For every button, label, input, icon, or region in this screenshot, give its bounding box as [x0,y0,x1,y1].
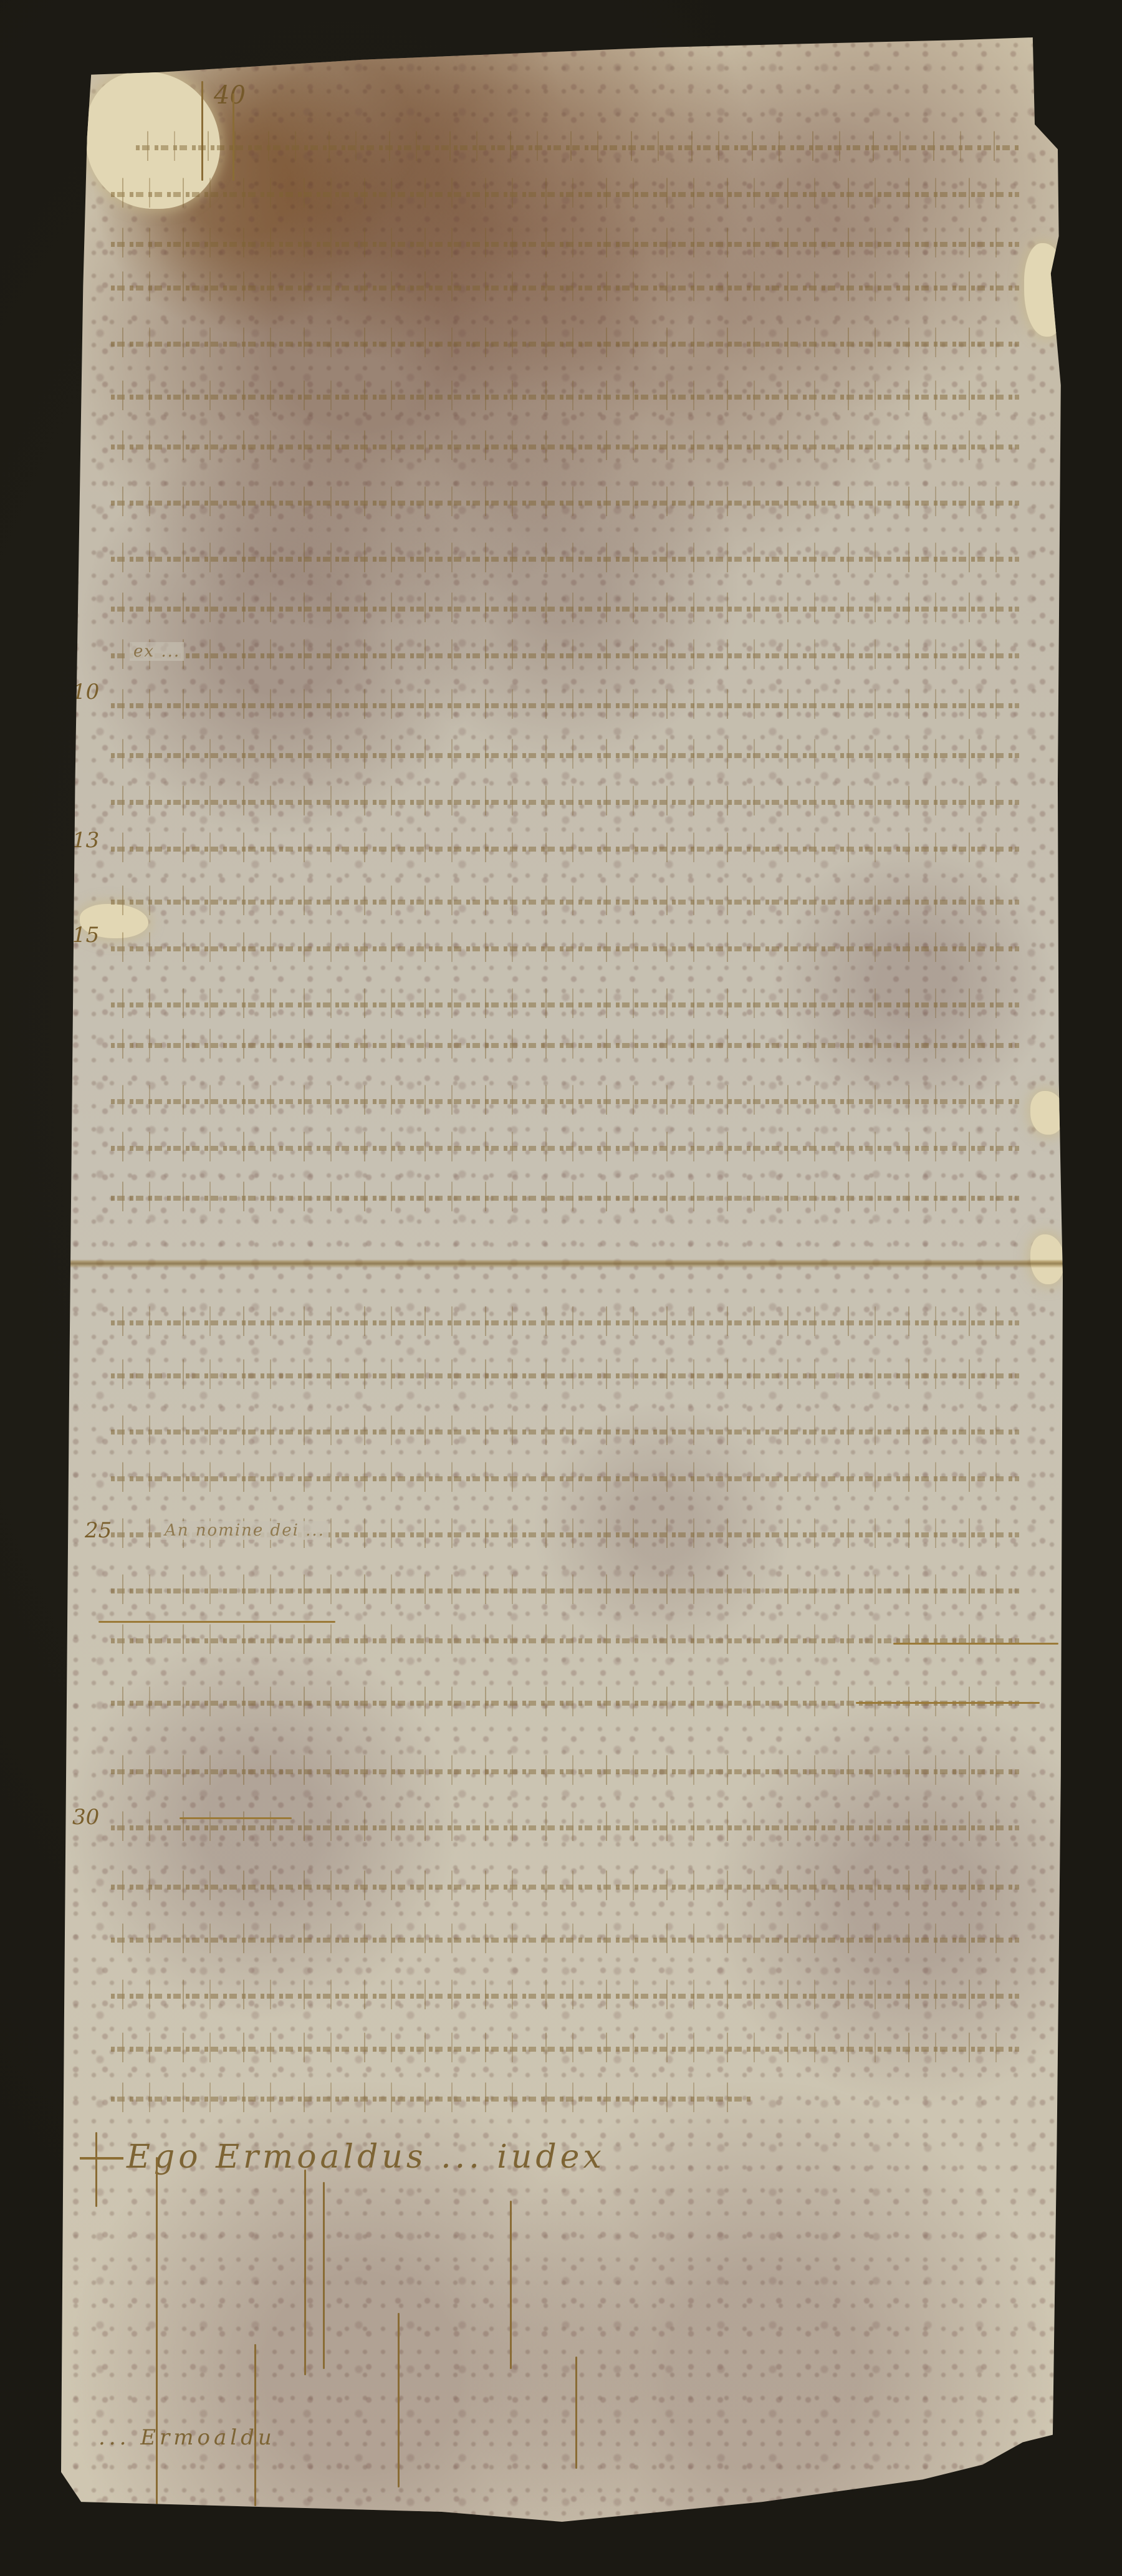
text-line [111,1571,1019,1606]
text-line [111,175,1019,209]
text-line [111,377,1019,412]
text-line [111,1128,1019,1163]
text-line [111,1026,1019,1060]
text-line [111,736,1019,771]
descender-stroke [156,2157,158,2506]
text-line: ex ... [111,636,1019,671]
subscription-text: Ego Ermoaldus ... iudex [127,2138,605,2176]
signum-cross-bar [80,2157,123,2160]
text-line [111,539,1019,574]
descender-stroke [510,2201,512,2369]
text-line [111,1867,1019,1902]
descender-stroke [323,2182,325,2369]
text-line [111,2079,751,2114]
parchment-sheet: 40 10 13 15 25 30 ex ... An nomine dei .… [61,37,1063,2522]
text-line [111,224,1019,259]
witness-subscription: ... Ermoaldu [98,2425,276,2450]
text-line [111,782,1019,817]
text-line [111,1303,1019,1338]
text-line [111,483,1019,518]
descender-stroke [304,2170,306,2375]
margin-line-number: 25 [85,1518,112,1543]
folio-number: 40 [214,81,246,110]
descender-stroke [254,2344,256,2506]
text-line [111,1356,1019,1391]
text-line [111,882,1019,917]
text-line [111,686,1019,721]
text-line [111,324,1019,359]
text-line [111,1621,1019,1656]
text-line: An nomine dei ... [111,1515,1019,1550]
text-line [111,1683,1019,1718]
text-line [111,589,1019,624]
descender-stroke [398,2313,400,2487]
text-line [111,427,1019,462]
descender-stroke [575,2357,577,2469]
underline-rule [180,1817,292,1819]
text-line [111,2029,1019,2064]
text-line [111,1412,1019,1447]
text-line [111,1976,1019,2011]
underline-rule [893,1643,1058,1645]
fold-line [61,1259,1063,1268]
text-line [136,128,1019,163]
text-line [111,829,1019,864]
text-line [111,1808,1019,1843]
text-line [111,1920,1019,1955]
text-line [111,985,1019,1020]
text-line [111,1178,1019,1213]
legible-fragment: An nomine dei ... [161,1521,328,1540]
text-line [111,268,1019,303]
text-line [111,1752,1019,1787]
text-line [111,1459,1019,1494]
signum-cross-stem [95,2132,97,2207]
margin-line-number: 15 [72,923,99,948]
margin-line-number: 30 [72,1805,99,1830]
underline-rule [856,1702,1040,1704]
legible-fragment: ex ... [130,642,184,661]
underline-rule [98,1621,335,1623]
margin-line-number: 13 [72,828,99,853]
text-line [111,929,1019,964]
text-line [111,1082,1019,1117]
